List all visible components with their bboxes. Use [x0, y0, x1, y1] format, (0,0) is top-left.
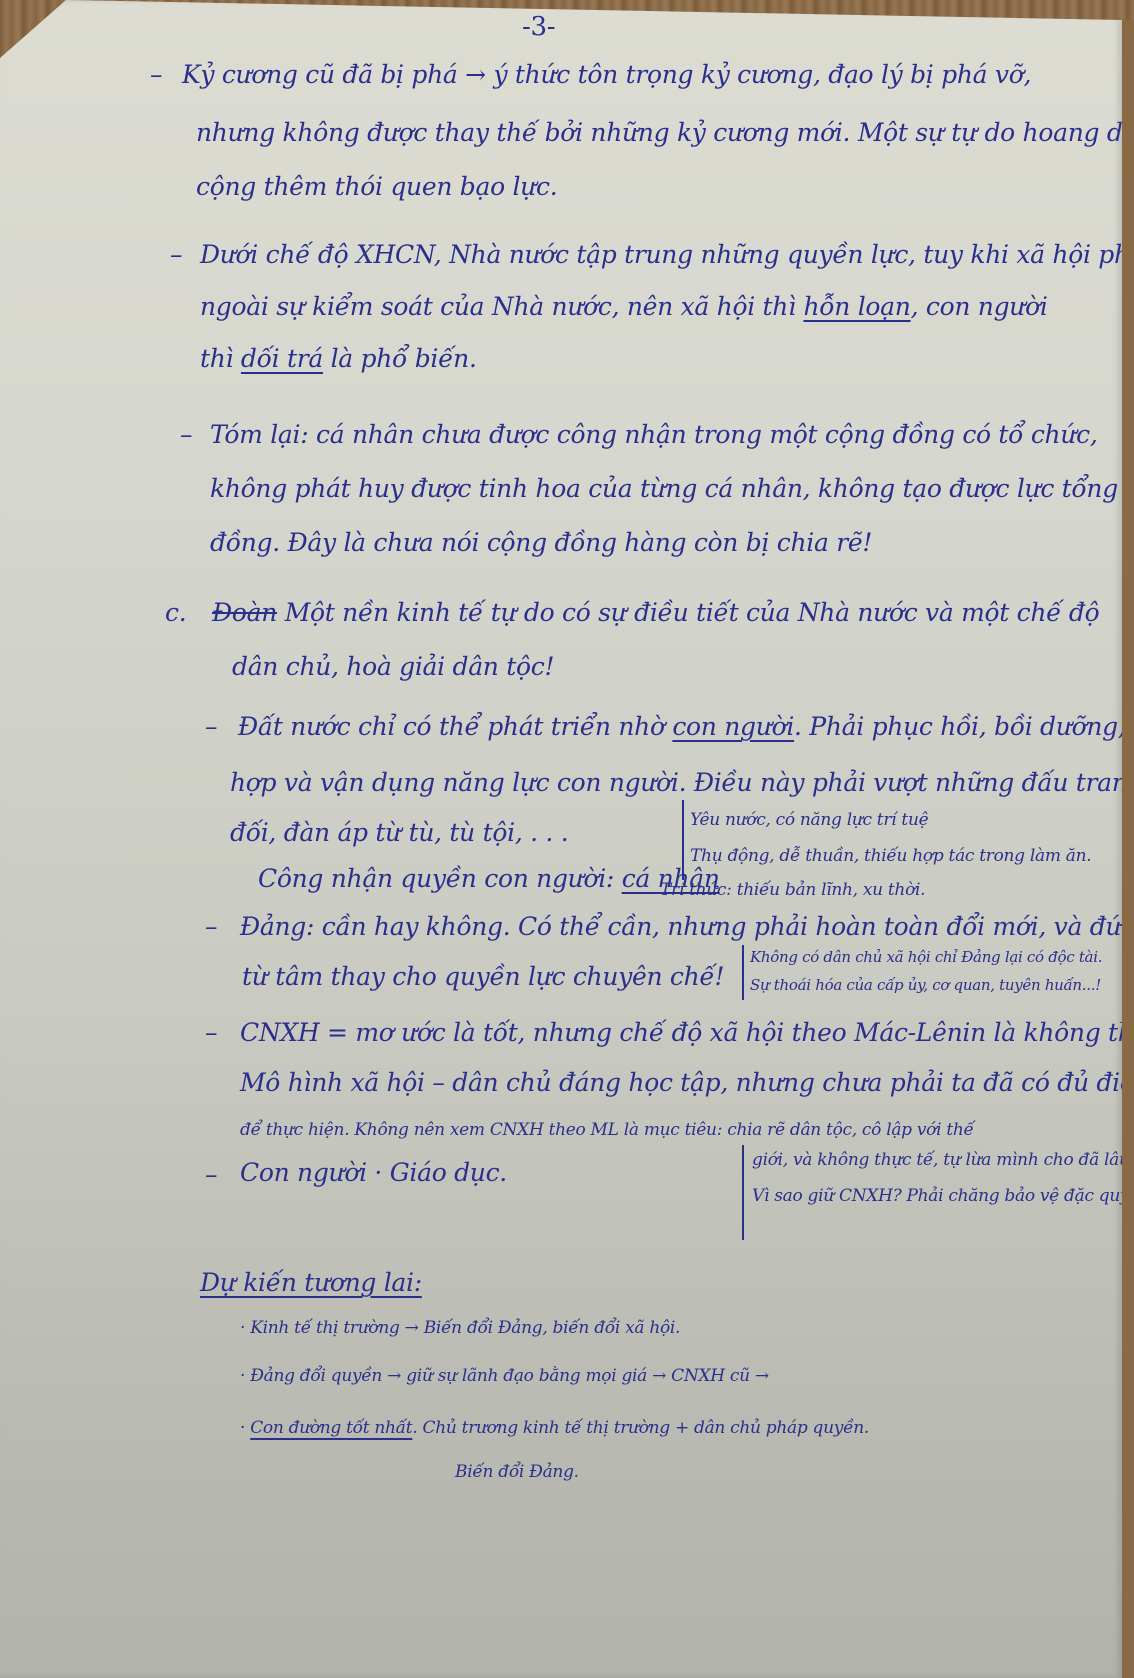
bullet-dot: ·	[240, 1318, 245, 1338]
bullet-dot: ·	[240, 1366, 245, 1386]
side-note: Không có dân chủ xã hội chỉ Đảng lại có …	[750, 948, 1102, 966]
text-line: từ tâm thay cho quyền lực chuyên chế!	[242, 962, 724, 991]
bullet-dash: –	[170, 240, 182, 269]
text-fragment: thì	[200, 344, 233, 373]
text-line: CNXH = mơ ước là tốt, nhưng chế độ xã hộ…	[240, 1018, 1134, 1047]
bullet-dash: –	[205, 1018, 217, 1047]
summary-item: · Kinh tế thị trường → Biến đổi Đảng, bi…	[240, 1318, 680, 1338]
side-note: Vì sao giữ CNXH? Phải chăng bảo vệ đặc q…	[752, 1186, 1134, 1206]
summary-item: · Con đường tốt nhất. Chủ trương kinh tế…	[240, 1418, 869, 1438]
bullet-dot: ·	[240, 1418, 245, 1438]
text-line: Đảng: cần hay không. Có thể cần, nhưng p…	[240, 912, 1134, 941]
bracket-mark	[682, 800, 684, 880]
side-note: Trí thức: thiếu bản lĩnh, xu thời.	[660, 880, 925, 900]
text-line: đồng. Đây là chưa nói cộng đồng hàng còn…	[210, 528, 872, 557]
text-fragment: Đất nước chỉ có thể phát triển nhờ	[238, 712, 665, 741]
text-fragment: . Phải phục hồi, bồi dưỡng, tập	[794, 712, 1134, 741]
section-label: c.	[165, 598, 186, 627]
bullet-dash: –	[180, 420, 192, 449]
side-note: giới, và không thực tế, tự lừa mình cho …	[752, 1150, 1134, 1170]
text-line: thì dối trá là phổ biến.	[200, 344, 477, 373]
text-line: Con người · Giáo dục.	[240, 1158, 507, 1187]
text-line: Đoàn Một nền kinh tế tự do có sự điều ti…	[212, 598, 1099, 627]
bullet-dash: –	[205, 712, 217, 741]
struck-word: Đoàn	[212, 598, 277, 627]
text-line: ngoài sự kiểm soát của Nhà nước, nên xã …	[200, 292, 1048, 321]
side-note: Yêu nước, có năng lực trí tuệ	[690, 810, 928, 830]
text-fragment: ngoài sự kiểm soát của Nhà nước, nên xã …	[200, 292, 796, 321]
text-fragment: . Chủ trương kinh tế thị trường + dân ch…	[412, 1418, 869, 1438]
text-line: dân chủ, hoà giải dân tộc!	[232, 652, 554, 681]
text-fragment: Công nhận quyền con người:	[258, 864, 614, 893]
text-fragment: Kinh tế thị trường → Biến đổi Đảng, biến…	[250, 1318, 680, 1338]
summary-heading: Dự kiến tương lai:	[200, 1268, 422, 1297]
underlined-phrase: hỗn loạn	[803, 292, 910, 321]
text-line: cộng thêm thói quen bạo lực.	[196, 172, 557, 201]
text-fragment: Một nền kinh tế tự do có sự điều tiết củ…	[285, 598, 1100, 627]
text-fragment: , con người	[911, 292, 1048, 321]
bracket-mark	[742, 1145, 744, 1240]
bullet-dash: –	[205, 1160, 217, 1189]
text-line: không phát huy được tinh hoa của từng cá…	[210, 474, 1134, 503]
handwritten-page: -3- – Kỷ cương cũ đã bị phá → ý thức tôn…	[0, 0, 1122, 1678]
underlined-phrase: con người	[672, 712, 794, 741]
bullet-dash: –	[205, 912, 217, 941]
text-line: Tóm lại: cá nhân chưa được công nhận tro…	[210, 420, 1097, 449]
text-line: để thực hiện. Không nên xem CNXH theo ML…	[240, 1120, 974, 1140]
text-line: đối, đàn áp từ tù, tù tội, . . .	[230, 818, 568, 847]
text-line: Công nhận quyền con người: cá nhân	[258, 864, 720, 893]
text-fragment: Đảng đổi quyền → giữ sự lãnh đạo bằng mọ…	[250, 1366, 769, 1386]
summary-item: · Đảng đổi quyền → giữ sự lãnh đạo bằng …	[240, 1366, 769, 1386]
page-number: -3-	[522, 12, 555, 42]
side-note: Sự thoái hóa của cấp ủy, cơ quan, tuyên …	[750, 976, 1101, 994]
text-line: Mô hình xã hội – dân chủ đáng học tập, n…	[240, 1068, 1134, 1097]
text-line: Đất nước chỉ có thể phát triển nhờ con n…	[238, 712, 1134, 741]
underlined-phrase: Con đường tốt nhất	[250, 1418, 412, 1438]
underlined-phrase: dối trá	[241, 344, 323, 373]
text-line: nhưng không được thay thế bởi những kỷ c…	[196, 118, 1134, 147]
text-line: hợp và vận dụng năng lực con người. Điều…	[230, 768, 1134, 797]
text-line: Kỷ cương cũ đã bị phá → ý thức tôn trọng…	[182, 60, 1031, 89]
table-edge-right	[1122, 20, 1134, 1678]
bullet-dash: –	[150, 60, 162, 89]
summary-item: Biến đổi Đảng.	[455, 1462, 579, 1482]
bracket-mark	[742, 945, 744, 1000]
text-fragment: là phổ biến.	[331, 344, 477, 373]
side-note: Thụ động, dễ thuần, thiếu hợp tác trong …	[690, 846, 1091, 866]
text-line: Dưới chế độ XHCN, Nhà nước tập trung nhữ…	[200, 240, 1134, 269]
